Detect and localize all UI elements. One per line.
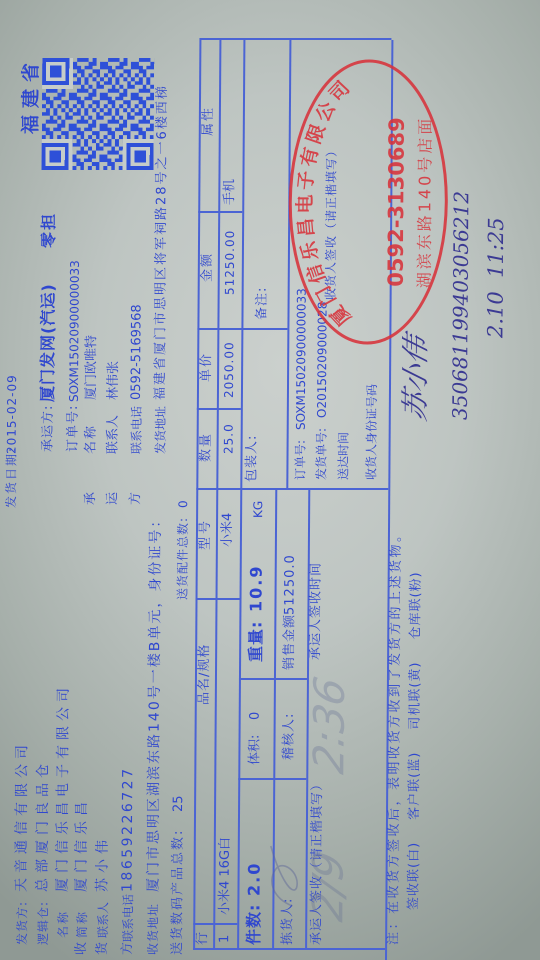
ship-date: 2015-02-09: [4, 374, 21, 454]
delivery-address: 厦门市思明区湖滨东路140号一楼B单元，身份证号：: [145, 512, 164, 892]
footer-note: 注：在收货方签收后，表明收货方收到了发货方的上述货物。: [386, 526, 405, 945]
carrier-sign-time-label: 承运人签收时间: [308, 562, 325, 660]
seal-phone: 0592-3130689: [384, 117, 409, 286]
table-col-divider: [197, 329, 287, 331]
pencil-note: 2/9 2:36: [305, 673, 353, 925]
carrier-name-label: 名称: [84, 424, 100, 454]
cell-attribute: 手机: [222, 179, 238, 205]
warehouse-label: 逻辑仓:: [35, 901, 51, 945]
table-col-divider: [239, 679, 307, 681]
carrier-group-char-3: 方: [128, 492, 144, 505]
delivery-address-label: 收货地址: [145, 903, 161, 955]
waybill-photo: 发货日期: 2015-02-09 福建省: [0, 0, 540, 960]
carrier-contact-label: 联系人: [106, 415, 122, 454]
consignee-group-char-3: 方: [120, 942, 136, 955]
col-header-attribute: 属性: [201, 106, 217, 136]
carrier-company: 厦门欧唯特: [84, 335, 100, 400]
receiver-id-label: 收货人身份证号码: [363, 384, 380, 480]
carrier-contact: 林伟张: [106, 361, 122, 400]
pieces-value: 2.0: [245, 862, 263, 896]
delivery-time-label: 送达时间: [335, 432, 351, 480]
cell-quantity: 25.0: [221, 423, 237, 454]
receiver-signature: 苏小伟: [400, 332, 433, 424]
shipper-label: 发货方:: [14, 901, 30, 945]
auditor-label: 稽核人:: [281, 713, 297, 760]
qr-code-icon: [42, 58, 155, 170]
sales-amount: 51250.0: [282, 554, 298, 615]
table-col-divider: [238, 779, 306, 781]
shipper: 天音通信有限公司: [13, 740, 30, 892]
cell-item-spec: 小米4 16G白: [217, 837, 234, 915]
seal-address: 湖滨东路140号店面: [415, 116, 435, 289]
volume-value: 0: [248, 712, 264, 720]
consignee-contact: 苏小伟: [94, 835, 110, 892]
company-seal-stamp: 厦门信乐昌电子有限公司 0592-3130689 湖滨东路140号店面: [286, 56, 450, 348]
table-row-divider: [237, 40, 245, 950]
col-header-unit-price: 单价: [199, 352, 215, 382]
cell-amount: 51250.00: [222, 230, 238, 295]
weight-value: 10.9: [247, 565, 265, 612]
delivery-waybill: 发货日期: 2015-02-09 福建省: [0, 0, 540, 960]
table-col-divider: [193, 924, 237, 926]
packer-label: 包装人:: [244, 435, 260, 482]
carrier-name: 厦门发网(汽运): [39, 283, 58, 402]
accessory-total: 0: [175, 500, 191, 508]
carrier-group-char-2: 运: [105, 492, 121, 505]
consignee-full-name: 厦门信乐昌电子有限公司: [54, 683, 71, 892]
consignee-phone: 18659226727: [119, 767, 136, 892]
carrier-label: 承运方:: [41, 405, 57, 452]
col-header-line: 行: [195, 932, 211, 945]
cell-unit-price: 2050.00: [221, 341, 237, 398]
copy-legend: 签收联(白) 客户联(蓝) 司机联(黄) 仓库联(粉): [406, 571, 424, 910]
carrier-phone: 0592-5169568: [129, 304, 146, 400]
table-border-top: [193, 40, 201, 950]
col-header-quantity: 数量: [198, 432, 214, 462]
table-col-divider: [197, 409, 241, 411]
carrier-group-char-1: 承: [83, 492, 99, 505]
accessory-total-label: 送货配件总数:: [175, 517, 192, 600]
consignee-group-char-1: 收: [74, 942, 90, 955]
copy-white: 签收联(白): [406, 842, 422, 910]
pieces-label: 件数:: [245, 904, 263, 945]
table-border-left: [193, 949, 385, 951]
consignee-contact-label: 联系人: [95, 902, 111, 938]
volume-label: 体积:: [247, 735, 263, 765]
shipping-mode: 零担: [40, 212, 58, 248]
cell-line-no: 1: [217, 935, 233, 943]
province-title: 福建省: [20, 56, 43, 134]
cell-model: 小米4: [220, 513, 236, 547]
col-header-amount: 金额: [200, 252, 216, 282]
ship-date-label: 发货日期:: [3, 446, 19, 508]
table-col-divider: [196, 599, 240, 601]
carrier-phone-label: 联系电话: [129, 406, 145, 454]
weight-unit: KG: [250, 501, 266, 518]
ship-address: 福建省厦门市思明区将军祠路28号之一6楼西梯: [153, 84, 171, 400]
signoff-order-no-label: 订单号:: [292, 440, 308, 480]
picker-scribble-icon: [262, 840, 307, 910]
table-col-divider: [196, 489, 388, 491]
svg-text:厦门信乐昌电子有限公司: 厦门信乐昌电子有限公司: [292, 74, 357, 330]
consignee-phone-label: 联系电话: [120, 894, 136, 942]
weight-label: 重量:: [247, 621, 265, 662]
table-header-divider: [213, 40, 221, 950]
copy-yellow: 司机联(黄): [408, 662, 424, 730]
copy-blue: 客户联(蓝): [407, 752, 423, 820]
table-border-right: [199, 39, 391, 41]
seal-company-name: 厦门信乐昌电子有限公司: [292, 74, 357, 330]
digital-total-label: 送货数码产品总数:: [170, 829, 187, 955]
col-header-model: 型号: [198, 518, 214, 550]
receive-date-time: 2.10 11:25: [483, 217, 509, 338]
table-col-divider: [198, 212, 242, 214]
consignee-full-name-label: 名称: [55, 910, 71, 938]
digital-total: 25: [171, 795, 187, 812]
carrier-order-no-label: 订单号:: [66, 405, 82, 452]
remarks-label: 备注:: [254, 287, 270, 320]
sales-amount-label: 销售金额: [282, 614, 298, 670]
ship-address-label: 发货地址: [153, 406, 169, 454]
consignee-group-char-2: 货: [95, 942, 111, 955]
copy-pink: 仓库联(粉): [408, 571, 424, 639]
delivery-no-label: 发货单号:: [313, 428, 329, 480]
consignee-short-name-label: 简称: [74, 910, 90, 938]
col-header-item-spec: 品名/规格: [197, 644, 213, 705]
consignee-short-name: 厦门信乐昌: [73, 797, 90, 892]
carrier-order-no: SOXM15020900000033: [66, 260, 83, 402]
warehouse: 总部厦门良品仓: [34, 759, 51, 892]
receiver-id-number: 350681199403056212: [448, 191, 474, 420]
